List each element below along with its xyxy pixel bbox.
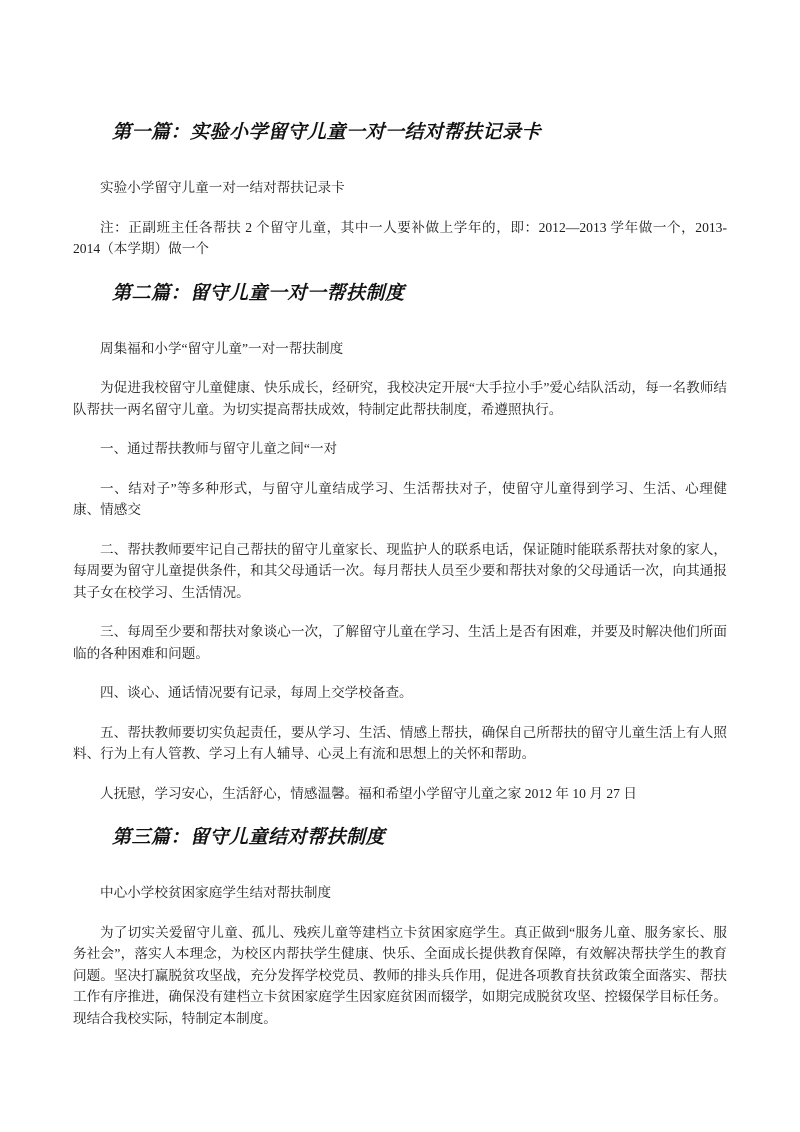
document-page: 第一篇：实验小学留守儿童一对一结对帮扶记录卡 实验小学留守儿童一对一结对帮扶记录… [0, 0, 800, 1132]
section-2-paragraph-9: 人抚慰，学习安心，生活舒心，情感温馨。福和希望小学留守儿童之家 2012 年 1… [73, 783, 727, 805]
section-2-paragraph-3: 一、通过帮扶教师与留守儿童之间“一对 [73, 438, 727, 460]
section-2-paragraph-5: 二、帮扶教师要牢记自己帮扶的留守儿童家长、现监护人的联系电话，保证随时能联系帮扶… [73, 539, 727, 604]
section-2-paragraph-8: 五、帮扶教师要切实负起责任，要从学习、生活、情感上帮扶，确保自己所帮扶的留守儿童… [73, 722, 727, 765]
section-2-paragraph-4: 一、结对子”等多种形式，与留守儿童结成学习、生活帮扶对子，使留守儿童得到学习、生… [73, 478, 727, 521]
section-3-paragraph-2: 为了切实关爱留守儿童、孤儿、残疾儿童等建档立卡贫困家庭学生。真正做到“服务儿童、… [73, 922, 727, 1030]
section-3-paragraph-1: 中心小学校贫困家庭学生结对帮扶制度 [73, 882, 727, 904]
section-1-paragraph-2: 注：正副班主任各帮扶 2 个留守儿童，其中一人要补做上学年的，即：2012—20… [73, 217, 727, 260]
section-2-paragraph-1: 周集福和小学“留守儿童”一对一帮扶制度 [73, 338, 727, 360]
section-1-title: 第一篇：实验小学留守儿童一对一结对帮扶记录卡 [112, 123, 727, 143]
section-2-paragraph-6: 三、每周至少要和帮扶对象谈心一次，了解留守儿童在学习、生活上是否有困难，并要及时… [73, 621, 727, 664]
section-1-paragraph-1: 实验小学留守儿童一对一结对帮扶记录卡 [73, 177, 727, 199]
section-2-paragraph-2: 为促进我校留守儿童健康、快乐成长，经研究，我校决定开展“大手拉小手”爱心结队活动… [73, 377, 727, 420]
section-2-title: 第二篇：留守儿童一对一帮扶制度 [112, 284, 727, 304]
section-2-paragraph-7: 四、谈心、通话情况要有记录，每周上交学校备查。 [73, 682, 727, 704]
section-3-title: 第三篇：留守儿童结对帮扶制度 [112, 828, 727, 848]
